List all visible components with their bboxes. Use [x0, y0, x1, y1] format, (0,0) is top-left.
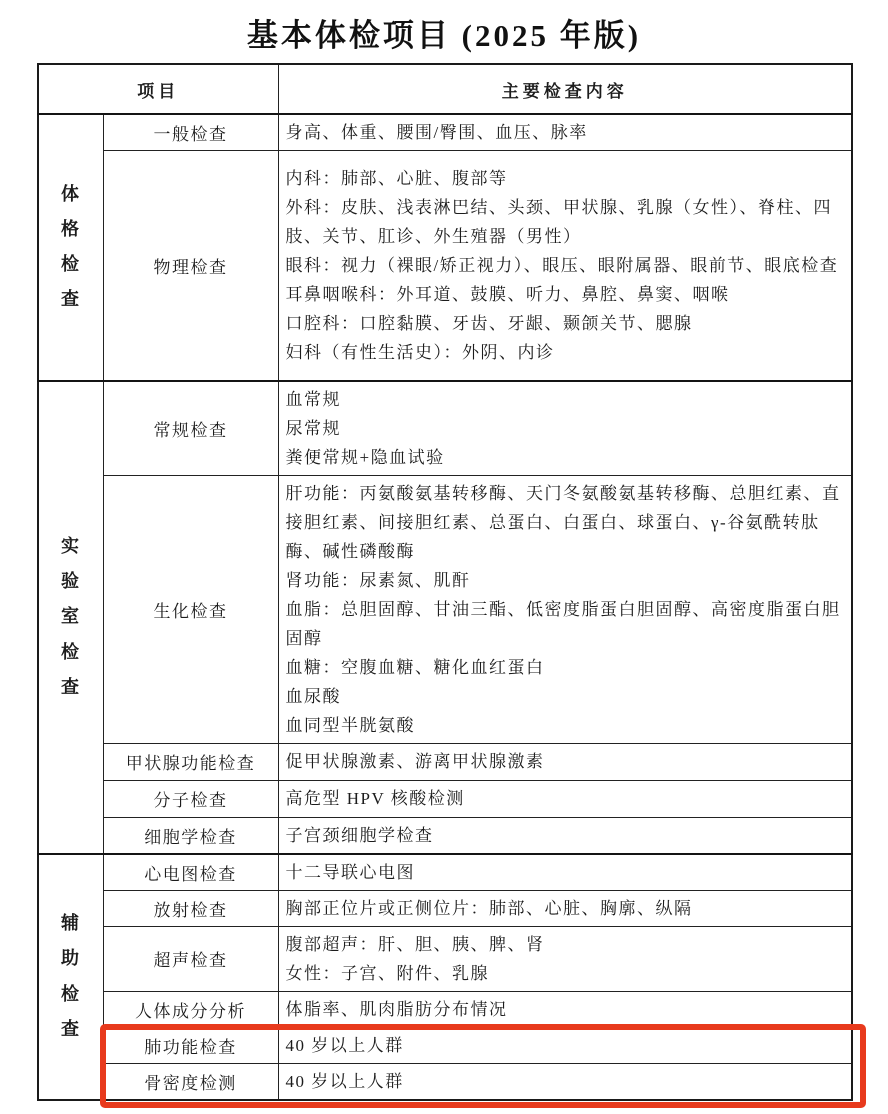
table-row: 甲状腺功能检查 促甲状腺激素、游离甲状腺激素 [38, 743, 852, 780]
page-title: 基本体检项目 (2025 年版) [37, 10, 851, 55]
content-line: 十二导联心电图 [286, 858, 846, 887]
content-line: 腹部超声：肝、胆、胰、脾、肾 [286, 930, 846, 959]
item-cell: 细胞学检查 [103, 817, 278, 854]
content-line: 血脂：总胆固醇、甘油三酯、低密度脂蛋白胆固醇、高密度脂蛋白胆固醇 [286, 595, 846, 653]
category-cell: 体格检查 [38, 114, 103, 381]
content-line: 胸部正位片或正侧位片：肺部、心脏、胸廓、纵隔 [286, 894, 846, 923]
item-cell: 一般检查 [103, 114, 278, 151]
item-cell: 肺功能检查 [103, 1027, 278, 1063]
content-line: 尿常规 [286, 414, 846, 443]
content-line: 眼科：视力（裸眼/矫正视力）、眼压、眼附属器、眼前节、眼底检查 [286, 251, 846, 280]
table-row: 物理检查 内科：肺部、心脏、腹部等 外科：皮肤、浅表淋巴结、头颈、甲状腺、乳腺（… [38, 151, 852, 381]
category-cell: 辅助检查 [38, 854, 103, 1100]
content-line: 血同型半胱氨酸 [286, 711, 846, 740]
item-cell: 生化检查 [103, 475, 278, 743]
content-line: 耳鼻咽喉科：外耳道、鼓膜、听力、鼻腔、鼻窦、咽喉 [286, 280, 846, 309]
content-cell: 子宫颈细胞学检查 [278, 817, 852, 854]
content-line: 促甲状腺激素、游离甲状腺激素 [286, 747, 846, 776]
table-row highlighted-row: 骨密度检测 40 岁以上人群 [38, 1063, 852, 1100]
item-cell: 常规检查 [103, 381, 278, 476]
content-cell: 胸部正位片或正侧位片：肺部、心脏、胸廓、纵隔 [278, 890, 852, 926]
content-line: 血尿酸 [286, 682, 846, 711]
table-row: 分子检查 高危型 HPV 核酸检测 [38, 780, 852, 817]
content-line: 口腔科：口腔黏膜、牙齿、牙龈、颞颌关节、腮腺 [286, 309, 846, 338]
item-cell: 分子检查 [103, 780, 278, 817]
table-row: 辅助检查 心电图检查 十二导联心电图 [38, 854, 852, 891]
category-label: 实验室检查 [59, 529, 83, 704]
item-cell: 人体成分分析 [103, 991, 278, 1027]
category-label: 体格检查 [59, 177, 83, 317]
content-line: 血常规 [286, 385, 846, 414]
content-line: 高危型 HPV 核酸检测 [286, 784, 846, 813]
content-line: 肾功能：尿素氮、肌酐 [286, 566, 846, 595]
content-cell: 内科：肺部、心脏、腹部等 外科：皮肤、浅表淋巴结、头颈、甲状腺、乳腺（女性）、脊… [278, 151, 852, 381]
content-cell: 血常规 尿常规 粪便常规+隐血试验 [278, 381, 852, 476]
content-line: 女性：子宫、附件、乳腺 [286, 959, 846, 988]
content-line: 体脂率、肌肉脂肪分布情况 [286, 995, 846, 1024]
content-line: 血糖：空腹血糖、糖化血红蛋白 [286, 653, 846, 682]
item-cell: 超声检查 [103, 926, 278, 991]
table-row: 放射检查 胸部正位片或正侧位片：肺部、心脏、胸廓、纵隔 [38, 890, 852, 926]
table-row: 实验室检查 常规检查 血常规 尿常规 粪便常规+隐血试验 [38, 381, 852, 476]
content-line: 40 岁以上人群 [286, 1067, 846, 1096]
content-line: 子宫颈细胞学检查 [286, 821, 846, 850]
content-line: 外科：皮肤、浅表淋巴结、头颈、甲状腺、乳腺（女性）、脊柱、四肢、关节、肛诊、外生… [286, 193, 846, 251]
exam-table-wrap: 项目 主要检查内容 体格检查 一般检查 身高、体重、腰围/臀围、血压、脉率 物理… [37, 63, 851, 1101]
content-line: 40 岁以上人群 [286, 1031, 846, 1060]
item-cell: 物理检查 [103, 151, 278, 381]
table-row: 体格检查 一般检查 身高、体重、腰围/臀围、血压、脉率 [38, 114, 852, 151]
table-header-row: 项目 主要检查内容 [38, 64, 852, 114]
content-line: 粪便常规+隐血试验 [286, 443, 846, 472]
category-label: 辅助检查 [59, 906, 83, 1046]
category-cell: 实验室检查 [38, 381, 103, 854]
content-cell: 体脂率、肌肉脂肪分布情况 [278, 991, 852, 1027]
item-cell: 骨密度检测 [103, 1063, 278, 1100]
content-cell: 十二导联心电图 [278, 854, 852, 891]
content-cell: 40 岁以上人群 [278, 1063, 852, 1100]
item-cell: 心电图检查 [103, 854, 278, 891]
content-cell: 40 岁以上人群 [278, 1027, 852, 1063]
content-line: 肝功能：丙氨酸氨基转移酶、天门冬氨酸氨基转移酶、总胆红素、直接胆红素、间接胆红素… [286, 479, 846, 566]
table-row: 细胞学检查 子宫颈细胞学检查 [38, 817, 852, 854]
content-line: 内科：肺部、心脏、腹部等 [286, 164, 846, 193]
content-cell: 肝功能：丙氨酸氨基转移酶、天门冬氨酸氨基转移酶、总胆红素、直接胆红素、间接胆红素… [278, 475, 852, 743]
exam-table: 项目 主要检查内容 体格检查 一般检查 身高、体重、腰围/臀围、血压、脉率 物理… [37, 63, 853, 1101]
page: 基本体检项目 (2025 年版) 项目 主要检查内容 体格检查 一般检查 身高、… [0, 0, 888, 1114]
content-cell: 身高、体重、腰围/臀围、血压、脉率 [278, 114, 852, 151]
header-project: 项目 [38, 64, 278, 114]
content-line: 身高、体重、腰围/臀围、血压、脉率 [286, 118, 846, 147]
content-cell: 高危型 HPV 核酸检测 [278, 780, 852, 817]
content-line: 妇科（有性生活史）：外阴、内诊 [286, 338, 846, 367]
item-cell: 放射检查 [103, 890, 278, 926]
table-row: 生化检查 肝功能：丙氨酸氨基转移酶、天门冬氨酸氨基转移酶、总胆红素、直接胆红素、… [38, 475, 852, 743]
content-cell: 促甲状腺激素、游离甲状腺激素 [278, 743, 852, 780]
content-cell: 腹部超声：肝、胆、胰、脾、肾 女性：子宫、附件、乳腺 [278, 926, 852, 991]
table-row: 人体成分分析 体脂率、肌肉脂肪分布情况 [38, 991, 852, 1027]
table-row: 超声检查 腹部超声：肝、胆、胰、脾、肾 女性：子宫、附件、乳腺 [38, 926, 852, 991]
table-row highlighted-row: 肺功能检查 40 岁以上人群 [38, 1027, 852, 1063]
header-content: 主要检查内容 [278, 64, 852, 114]
item-cell: 甲状腺功能检查 [103, 743, 278, 780]
